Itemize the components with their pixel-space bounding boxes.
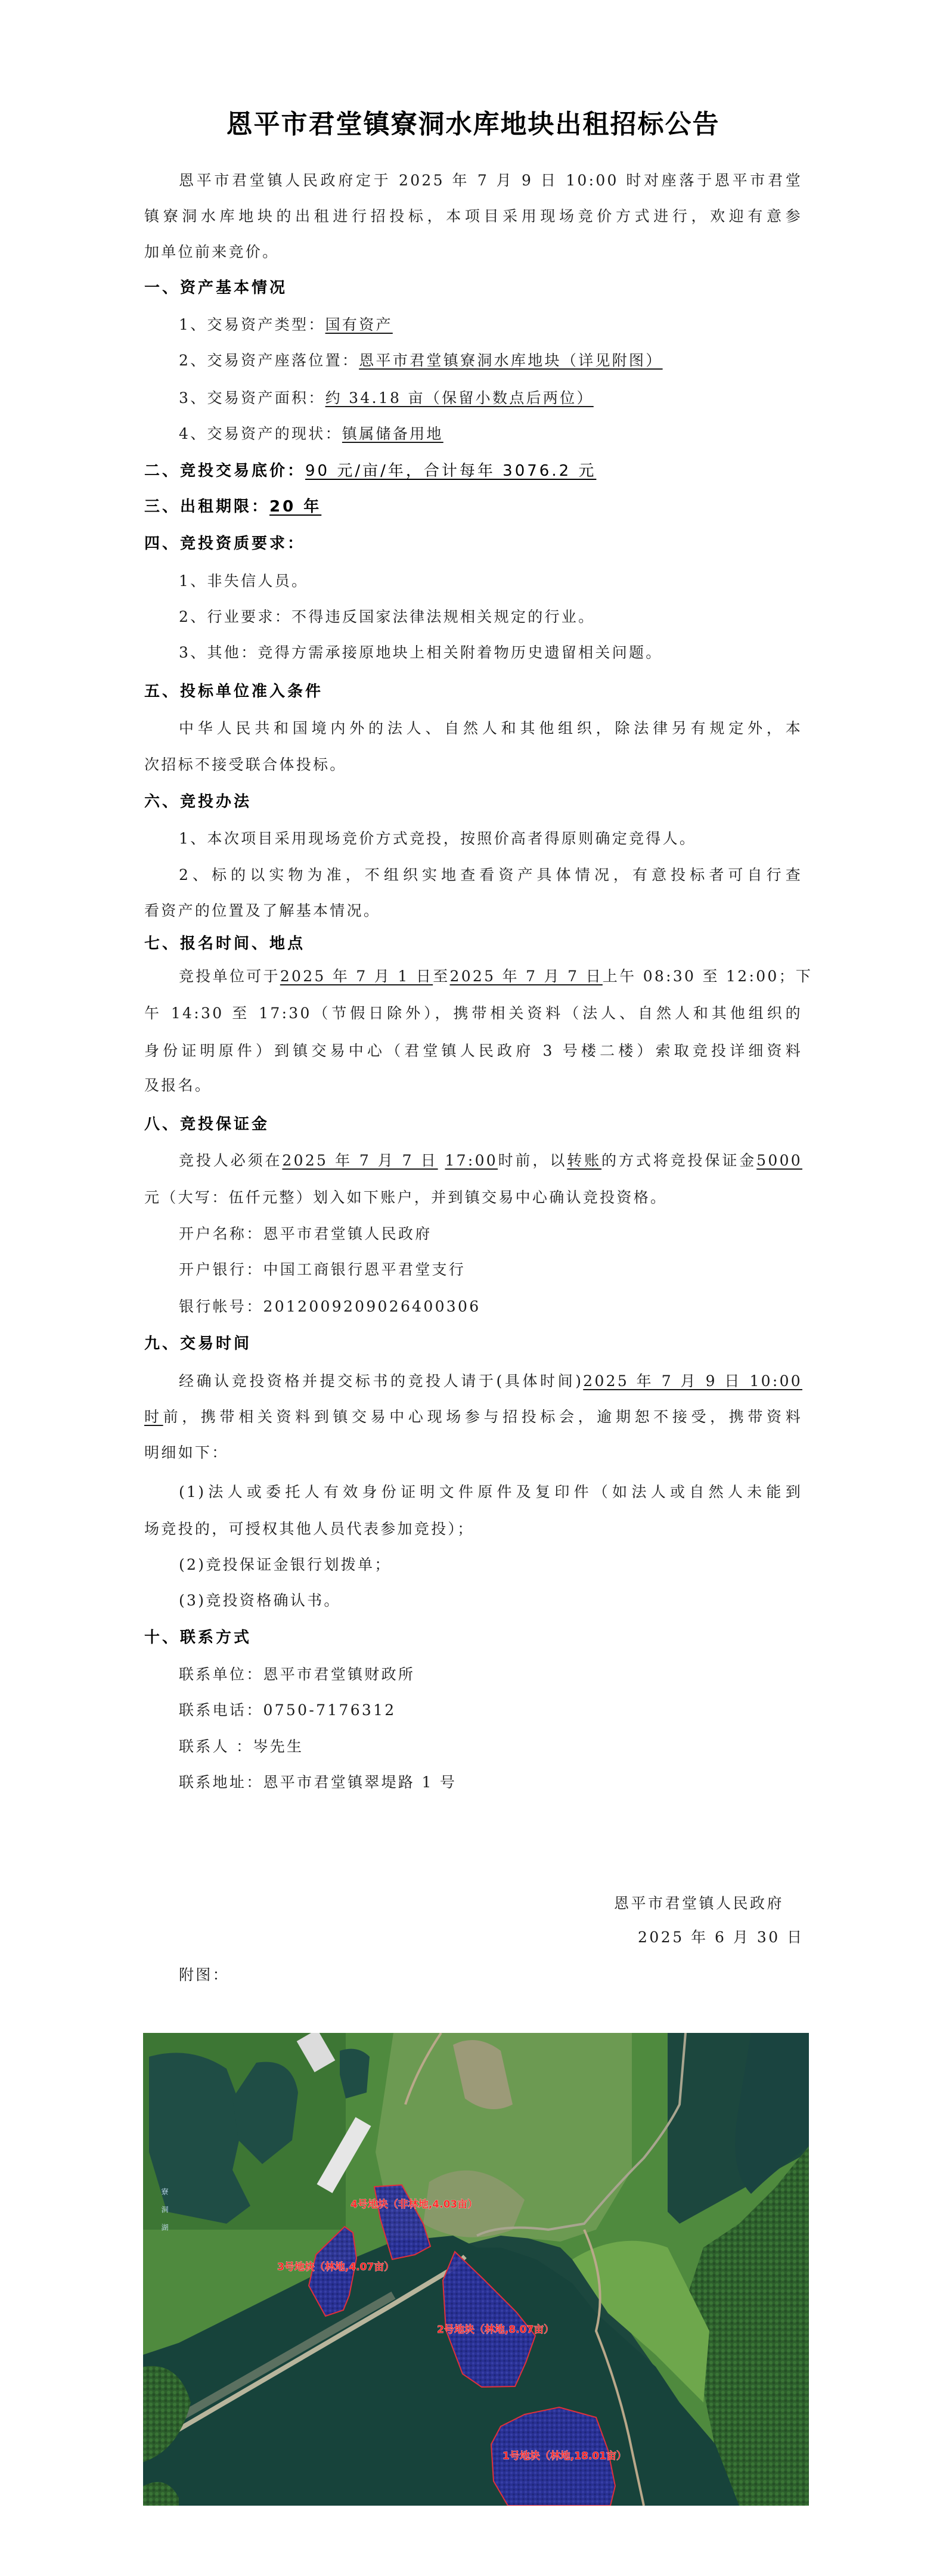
registration-line-1: 竞投单位可于2025 年 7 月 1 日至2025 年 7 月 7 日上午 08…: [179, 966, 802, 987]
registration-line-4: 及报名。: [144, 1075, 802, 1096]
asset-status: 4、交易资产的现状：镇属储备用地: [179, 424, 802, 444]
asset-type: 1、交易资产类型：国有资产: [179, 315, 802, 335]
trading-time-line-3: 明细如下：: [144, 1443, 802, 1463]
qualification-3: 3、其他：竞得方需承接原地块上相关附着物历史遗留相关问题。: [179, 643, 802, 663]
asset-status-value: 镇属储备用地: [342, 425, 443, 442]
trading-time-line-1: 经确认竞投资格并提交标书的竞投人请于(具体时间)2025 年 7 月 9 日 1…: [179, 1371, 802, 1391]
account-number: 银行帐号：2012009209026400306: [179, 1297, 802, 1317]
trading-time-line-2: 时前，携带相关资料到镇交易中心现场参与招投标会，逾期恕不接受，携带资料: [144, 1407, 802, 1427]
asset-type-label: 1、交易资产类型：: [179, 316, 325, 333]
spacer: [438, 1152, 445, 1169]
registration-line-2: 午 14:30 至 17:30（节假日除外），携带相关资料（法人、自然人和其他组…: [144, 1003, 802, 1024]
signature-date: 2025 年 6 月 30 日: [638, 1926, 804, 1947]
eligibility-line-2: 次招标不接受联合体投标。: [144, 755, 802, 775]
asset-location: 2、交易资产座落位置：恩平市君堂镇寮洞水库地块（详见附图）: [179, 351, 802, 371]
asset-type-value: 国有资产: [325, 316, 393, 333]
asset-location-label: 2、交易资产座落位置：: [179, 352, 359, 369]
intro-line-3: 加单位前来竞价。: [144, 242, 802, 262]
section-4-heading: 四、竞投资质要求：: [144, 534, 802, 554]
section-8-heading: 八、竞投保证金: [144, 1114, 802, 1134]
asset-area: 3、交易资产面积：约 34.18 亩（保留小数点后两位）: [179, 388, 802, 408]
trading-time-text: 经确认竞投资格并提交标书的竞投人请于(具体时间): [179, 1372, 583, 1390]
asset-status-label: 4、交易资产的现状：: [179, 425, 342, 442]
section-3-heading: 三、出租期限：: [144, 498, 269, 516]
reserve-price-value: 90 元/亩/年，合计每年 3076.2 元: [305, 462, 596, 480]
trading-time-suffix: 时: [144, 1408, 163, 1425]
account-bank: 开户银行：中国工商银行恩平君堂支行: [179, 1260, 802, 1280]
deposit-text: 时前，以: [498, 1152, 567, 1169]
section-2-reserve-price: 二、竞投交易底价：90 元/亩/年，合计每年 3076.2 元: [144, 461, 802, 481]
section-9-heading: 九、交易时间: [144, 1334, 802, 1354]
registration-text: 竞投单位可于: [179, 968, 280, 985]
required-doc-1: (1)法人或委托人有效身份证明文件原件及复印件（如法人或自然人未能到: [179, 1482, 802, 1502]
account-name: 开户名称：恩平市君堂镇人民政府: [179, 1224, 802, 1244]
registration-line-3: 身份证明原件）到镇交易中心（君堂镇人民政府 3 号楼二楼）索取竞投详细资料: [144, 1041, 802, 1061]
section-5-heading: 五、投标单位准入条件: [144, 681, 802, 702]
section-3-lease-term: 三、出租期限：20 年: [144, 497, 802, 517]
contact-address: 联系地址：恩平市君堂镇翠堤路 1 号: [179, 1772, 802, 1793]
registration-end-date: 2025 年 7 月 7 日: [450, 968, 603, 985]
asset-area-label: 3、交易资产面积：: [179, 389, 325, 407]
signature-org: 恩平市君堂镇人民政府: [614, 1892, 784, 1913]
intro-line-1: 恩平市君堂镇人民政府定于 2025 年 7 月 9 日 10:00 时对座落于恩…: [179, 171, 802, 191]
asset-area-value: 约 34.18 亩（保留小数点后两位）: [325, 389, 594, 407]
qualification-2: 2、行业要求：不得违反国家法律法规相关规定的行业。: [179, 607, 802, 627]
deposit-deadline-time: 17:00: [445, 1152, 498, 1169]
contact-phone: 联系电话：0750-7176312: [179, 1700, 802, 1721]
deposit-deadline-date: 2025 年 7 月 7 日: [282, 1152, 438, 1169]
page-title: 恩平市君堂镇寮洞水库地块出租招标公告: [0, 103, 946, 141]
section-2-heading: 二、竞投交易底价：: [144, 462, 305, 480]
intro-line-2: 镇寮洞水库地块的出租进行招投标，本项目采用现场竞价方式进行，欢迎有意参: [144, 206, 802, 227]
qualification-1: 1、非失信人员。: [179, 571, 802, 591]
deposit-line-2: 元（大写：伍仟元整）划入如下账户，并到镇交易中心确认竞投资格。: [144, 1188, 802, 1208]
deposit-text: 的方式将竞投保证金: [601, 1152, 756, 1169]
plot-2-label: 2号地块（林地,8.07亩）: [437, 2323, 554, 2336]
registration-hours: 上午 08:30 至 12:00；下: [603, 968, 812, 985]
required-doc-3: (3)竞投资格确认书。: [179, 1591, 802, 1611]
attachment-satellite-map: 4号地块（非林地,4.03亩） 3号地块（林地,4.07亩） 2号地块（林地,8…: [143, 2033, 809, 2506]
plot-3-label: 3号地块（林地,4.07亩）: [277, 2261, 394, 2273]
eligibility-line-1: 中华人民共和国境内外的法人、自然人和其他组织，除法律另有规定外，本: [179, 718, 802, 739]
announcement-document: 恩平市君堂镇寮洞水库地块出租招标公告 恩平市君堂镇人民政府定于 2025 年 7…: [0, 0, 946, 2576]
lease-term-value: 20 年: [269, 498, 321, 516]
bidding-method-2: 2、标的以实物为准，不组织实地查看资产具体情况，有意投标者可自行查: [179, 865, 802, 885]
section-7-heading: 七、报名时间、地点: [144, 934, 802, 954]
contact-person: 联系人 ：岑先生: [179, 1737, 802, 1757]
plot-1-label: 1号地块（林地,18.01亩）: [503, 2450, 626, 2462]
deposit-text: 竞投人必须在: [179, 1152, 282, 1169]
registration-text: 至: [433, 968, 449, 985]
bidding-method-2-cont: 看资产的位置及了解基本情况。: [144, 901, 802, 921]
trading-datetime: 2025 年 7 月 9 日 10:00: [583, 1372, 802, 1390]
bidding-method-1: 1、本次项目采用现场竞价方式竞投，按照价高者得原则确定竞得人。: [179, 829, 802, 849]
required-doc-1-cont: 场竞投的，可授权其他人员代表参加竞投）；: [144, 1519, 802, 1539]
contact-unit: 联系单位：恩平市君堂镇财政所: [179, 1664, 802, 1685]
deposit-amount: 5000: [756, 1152, 802, 1169]
attachment-label: 附图：: [179, 1965, 802, 1985]
section-6-heading: 六、竞投办法: [144, 792, 802, 812]
section-10-heading: 十、联系方式: [144, 1628, 802, 1648]
trading-time-text: 前，携带相关资料到镇交易中心现场参与招投标会，逾期恕不接受，携带资料: [163, 1408, 802, 1425]
asset-location-value: 恩平市君堂镇寮洞水库地块（详见附图）: [359, 352, 662, 369]
deposit-line-1: 竞投人必须在2025 年 7 月 7 日 17:00时前，以转账的方式将竞投保证…: [179, 1151, 802, 1171]
required-doc-2: (2)竞投保证金银行划拨单；: [179, 1555, 802, 1575]
lake-name-label: 寮洞湖: [160, 2187, 169, 2242]
deposit-method: 转账: [567, 1152, 601, 1169]
section-1-heading: 一、资产基本情况: [144, 278, 802, 298]
registration-start-date: 2025 年 7 月 1 日: [280, 968, 433, 985]
plot-4-label: 4号地块（非林地,4.03亩）: [351, 2198, 477, 2211]
